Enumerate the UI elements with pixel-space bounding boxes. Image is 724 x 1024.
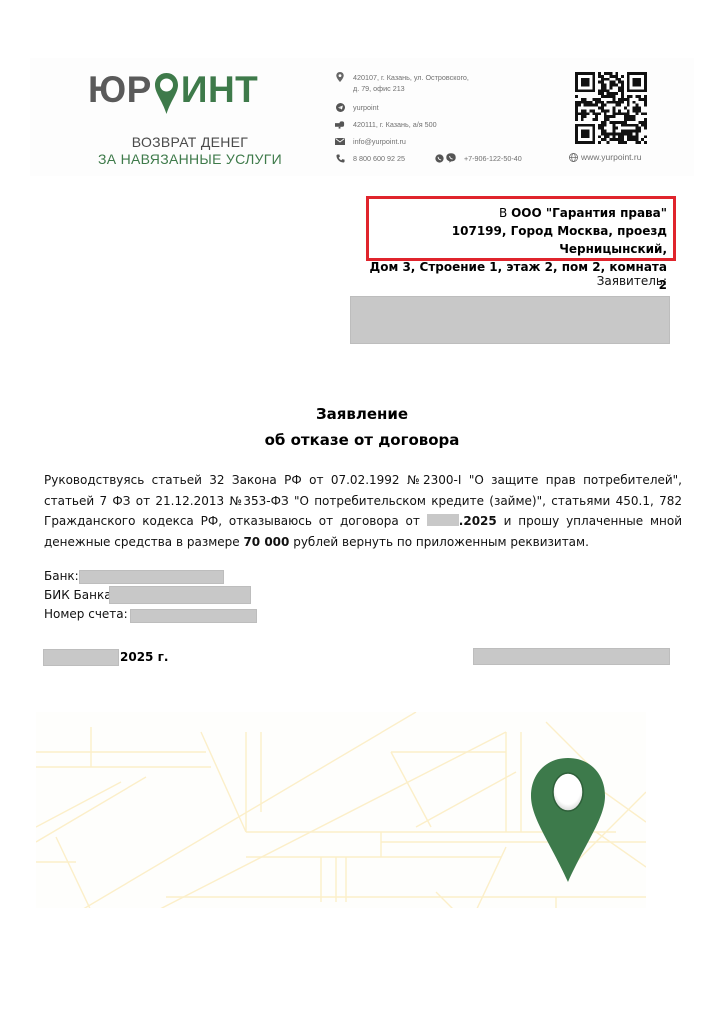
refund-amount: 70 000 (243, 535, 289, 549)
bank-redacted (79, 570, 224, 584)
logo-text-part1: ЮР (88, 69, 152, 110)
bank-label: Банк: (44, 569, 79, 583)
recipient-address-line1: 107199, Город Москва, проезд Черницынски… (452, 224, 667, 256)
globe-icon (568, 152, 578, 162)
contact-address: 420107, г. Казань, ул. Островского,д. 79… (335, 72, 469, 94)
document-page: ЮРИНТ ВОЗВРАТ ДЕНЕГ ЗА НАВЯЗАННЫЕ УСЛУГИ… (0, 0, 724, 1024)
phone-icon (335, 153, 345, 163)
recipient-company: ООО "Гарантия права" (511, 206, 667, 220)
tagline-line2: ЗА НАВЯЗАННЫЕ УСЛУГИ (90, 151, 290, 167)
contact-telegram[interactable]: yurpoint (335, 102, 379, 113)
email-icon (335, 136, 345, 146)
logo-text-part2: ИНТ (181, 69, 258, 110)
whatsapp-icon (435, 153, 445, 163)
date-redacted (43, 649, 119, 666)
recipient-block: В ООО "Гарантия права" 107199, Город Мос… (366, 196, 676, 261)
document-title: Заявление (0, 405, 724, 423)
bik-label: БИК Банка (44, 588, 112, 602)
contract-date-redacted (427, 514, 459, 526)
bik-redacted (109, 586, 251, 604)
mailbox-icon (335, 119, 345, 129)
account-label: Номер счета: (44, 607, 128, 621)
contact-phone[interactable]: 8 800 600 92 25 +7-906-122-50-40 (335, 153, 522, 164)
applicant-label: Заявитель: (597, 274, 667, 288)
qr-code (575, 72, 647, 144)
applicant-redacted (350, 296, 670, 344)
tagline-line1: ВОЗВРАТ ДЕНЕГ (90, 134, 290, 150)
viber-icon (446, 153, 456, 163)
account-redacted (130, 609, 257, 623)
map-pin-icon (528, 756, 608, 884)
logo: ЮРИНТ (88, 68, 298, 124)
document-body: Руководствуясь статьей 32 Закона РФ от 0… (44, 470, 682, 552)
signature-date: 2025 г. (120, 650, 168, 664)
contact-postbox: 420111, г. Казань, а/я 500 (335, 119, 437, 130)
contact-email[interactable]: info@yurpoint.ru (335, 136, 406, 147)
logo-pin-icon (153, 68, 180, 112)
signature-redacted (473, 648, 670, 665)
document-subtitle: об отказе от договора (0, 431, 724, 449)
contact-website[interactable]: www.yurpoint.ru (568, 152, 641, 162)
location-pin-icon (335, 72, 345, 82)
telegram-icon (335, 102, 345, 112)
